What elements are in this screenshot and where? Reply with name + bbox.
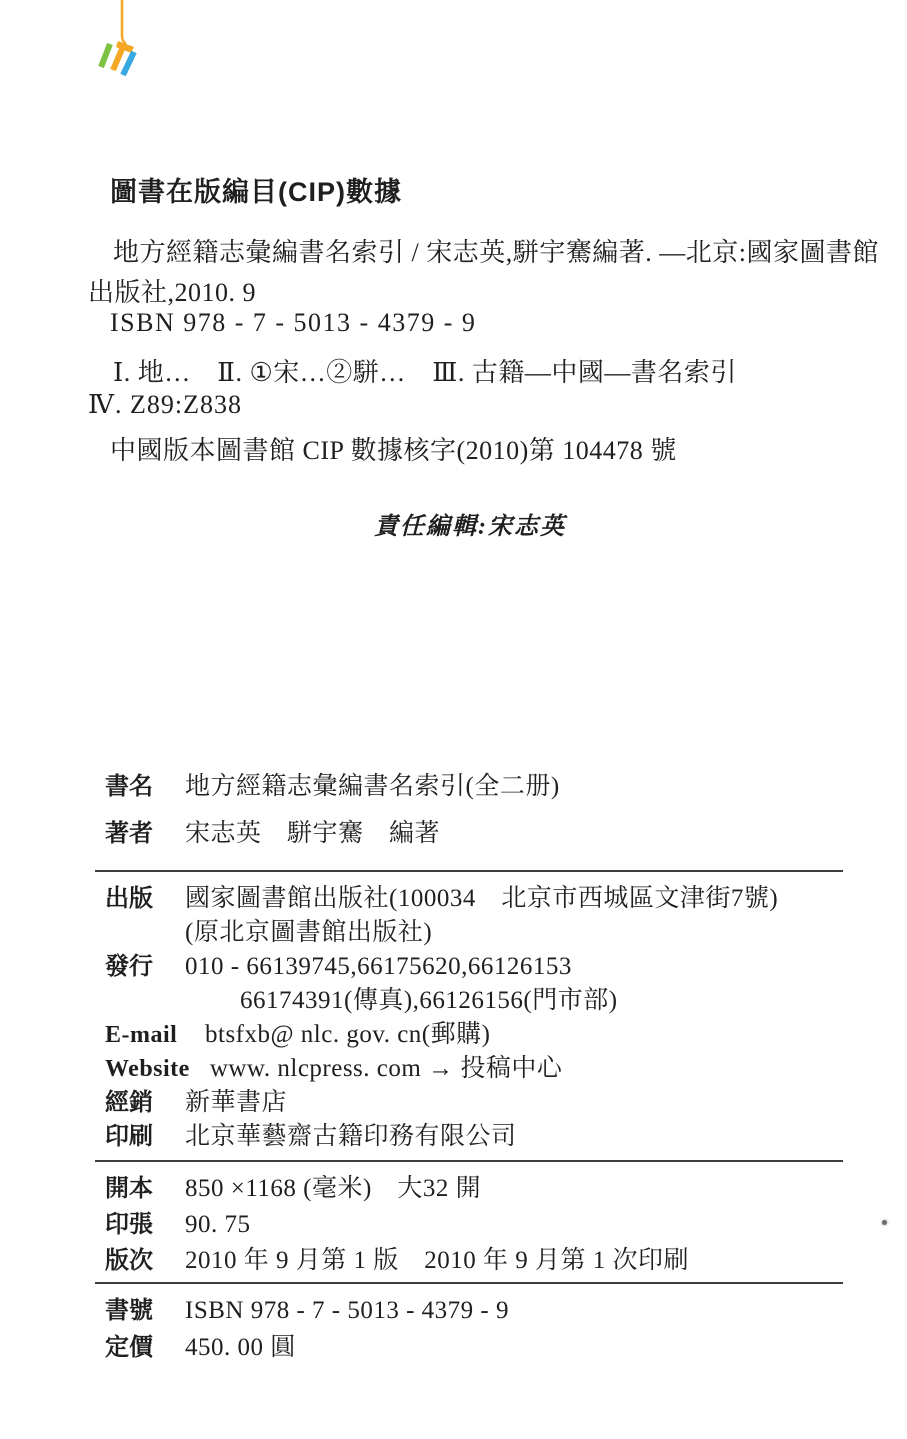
cip-isbn: ISBN 978 - 7 - 5013 - 4379 - 9 <box>110 308 476 338</box>
colophon-row: E-mailbtsfxb@ nlc. gov. cn(郵購) <box>95 1018 843 1052</box>
colophon-value: 850 ×1168 (毫米) 大32 開 <box>185 1175 481 1202</box>
colophon-row: 出版國家圖書館出版社(100034 北京市西城區文津街7號) <box>95 882 843 916</box>
colophon-label: 發行 <box>105 950 185 984</box>
colophon-row: 著者宋志英 駢宇騫 編著 <box>95 817 843 851</box>
colophon-row: 印張90. 75 <box>95 1208 843 1242</box>
colophon-value: 66174391(傳真),66126156(門市部) <box>240 987 618 1014</box>
colophon-value: www. nlcpress. com → 投稿中心 <box>210 1055 563 1082</box>
colophon-value: 2010 年 9 月第 1 版 2010 年 9 月第 1 次印刷 <box>185 1247 689 1274</box>
cip-heading: 圖書在版編目(CIP)數據 <box>110 170 402 209</box>
colophon: 書名地方經籍志彙編書名索引(全二册)著者宋志英 駢宇騫 編著出版國家圖書館出版社… <box>95 762 843 1380</box>
colophon-value: 新華書店 <box>185 1089 287 1116</box>
cip-record-number: 中國版本圖書館 CIP 數據核字(2010)第 104478 號 <box>110 430 677 467</box>
colophon-value: 宋志英 駢宇騫 編著 <box>185 820 440 847</box>
colophon-label: E-mail <box>105 1018 185 1052</box>
colophon-label: 著者 <box>105 817 185 851</box>
colophon-label: 定價 <box>105 1331 185 1365</box>
colophon-label: 開本 <box>105 1172 185 1206</box>
colophon-value: 國家圖書館出版社(100034 北京市西城區文津街7號) <box>185 885 778 912</box>
colophon-group: 書名地方經籍志彙編書名索引(全二册)著者宋志英 駢宇騫 編著 <box>95 762 843 870</box>
cip-entry-line2: 出版社,2010. 9 <box>88 272 256 309</box>
colophon-row: 印刷北京華藝齋古籍印務有限公司 <box>95 1120 843 1154</box>
colophon-row: Websitewww. nlcpress. com → 投稿中心 <box>95 1052 843 1086</box>
colophon-label: 經銷 <box>105 1086 185 1120</box>
colophon-value: (原北京圖書館出版社) <box>185 919 432 946</box>
colophon-value: 90. 75 <box>185 1211 251 1238</box>
responsible-editor: 責任編輯:宋志英 <box>374 506 566 541</box>
colophon-label: 版次 <box>105 1244 185 1278</box>
colophon-row: 書名地方經籍志彙編書名索引(全二册) <box>95 770 843 804</box>
colophon-continuation-line: (原北京圖書館出版社) <box>95 916 843 950</box>
cip-classification-line1: Ⅰ. 地… Ⅱ. ①宋…②駢… Ⅲ. 古籍—中國—書名索引 <box>113 352 737 389</box>
publisher-watermark-icon <box>90 0 150 85</box>
colophon-row: 定價450. 00 圓 <box>95 1331 843 1365</box>
colophon-row: 開本850 ×1168 (毫米) 大32 開 <box>95 1172 843 1206</box>
colophon-value: 010 - 66139745,66175620,66126153 <box>185 953 572 980</box>
colophon-continuation-line: 66174391(傳真),66126156(門市部) <box>95 984 843 1018</box>
colophon-label: 印張 <box>105 1208 185 1242</box>
colophon-group: 開本850 ×1168 (毫米) 大32 開印張90. 75版次2010 年 9… <box>95 1160 843 1282</box>
colophon-group: 書號ISBN 978 - 7 - 5013 - 4379 - 9定價450. 0… <box>95 1282 843 1380</box>
cip-entry-line1: 地方經籍志彙編書名索引 / 宋志英,駢宇騫編著. —北京:國家圖書館 <box>113 232 879 269</box>
book-copyright-page: 圖書在版編目(CIP)數據 地方經籍志彙編書名索引 / 宋志英,駢宇騫編著. —… <box>0 0 907 1439</box>
colophon-label: 出版 <box>105 882 185 916</box>
colophon-value: ISBN 978 - 7 - 5013 - 4379 - 9 <box>185 1297 509 1324</box>
colophon-value: btsfxb@ nlc. gov. cn(郵購) <box>205 1021 490 1048</box>
scan-artifact-dot <box>882 1220 887 1225</box>
colophon-value: 450. 00 圓 <box>185 1334 296 1361</box>
colophon-label: Website <box>105 1052 190 1086</box>
colophon-row: 經銷新華書店 <box>95 1086 843 1120</box>
colophon-row: 書號ISBN 978 - 7 - 5013 - 4379 - 9 <box>95 1294 843 1328</box>
colophon-row: 版次2010 年 9 月第 1 版 2010 年 9 月第 1 次印刷 <box>95 1244 843 1278</box>
colophon-group: 出版國家圖書館出版社(100034 北京市西城區文津街7號)(原北京圖書館出版社… <box>95 870 843 1160</box>
colophon-label: 印刷 <box>105 1120 185 1154</box>
colophon-value: 地方經籍志彙編書名索引(全二册) <box>185 773 560 800</box>
colophon-label: 書名 <box>105 770 185 804</box>
cip-classification-line2: Ⅳ. Z89:Z838 <box>88 390 242 420</box>
colophon-value: 北京華藝齋古籍印務有限公司 <box>185 1123 517 1150</box>
colophon-row: 發行010 - 66139745,66175620,66126153 <box>95 950 843 984</box>
colophon-label: 書號 <box>105 1294 185 1328</box>
